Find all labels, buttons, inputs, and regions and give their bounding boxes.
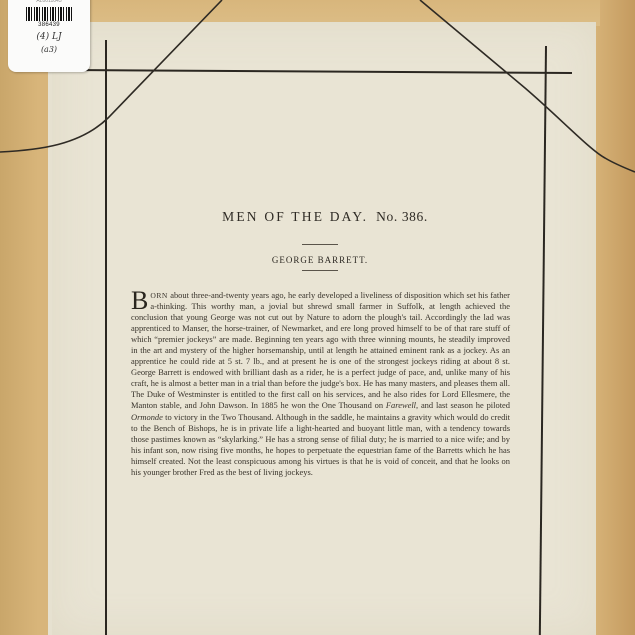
drop-cap: B [131, 291, 148, 311]
handwritten-note: (a3) [8, 45, 90, 54]
horse-name: Farewell [386, 400, 416, 410]
divider-rule [302, 244, 338, 245]
barcode-number: 386439 [8, 22, 90, 28]
article-body: BORN about three-and-twenty years ago, h… [131, 290, 510, 478]
barcode-icon [26, 7, 72, 21]
issue-number: No. 386. [376, 209, 428, 224]
subject-name: GEORGE BARRETT. [200, 255, 440, 265]
first-word: ORN [150, 291, 168, 300]
page-title: MEN OF THE DAY.No. 386. [150, 209, 500, 225]
handwritten-note: (4) LJ [8, 32, 90, 42]
divider-rule [302, 270, 338, 271]
body-text-part: , and last season he piloted [416, 400, 510, 410]
horse-name: Ormonde [131, 412, 163, 422]
inventory-label: AL0011043 386439 (4) LJ (a3) [8, 0, 90, 72]
label-code: AL0011043 [8, 0, 90, 4]
title-text: MEN OF THE DAY. [222, 209, 368, 224]
body-text-part: about three-and-twenty years ago, he ear… [131, 290, 510, 410]
frame-line-left [105, 40, 107, 635]
body-text-part: to victory in the Two Thousand. Although… [131, 412, 510, 477]
